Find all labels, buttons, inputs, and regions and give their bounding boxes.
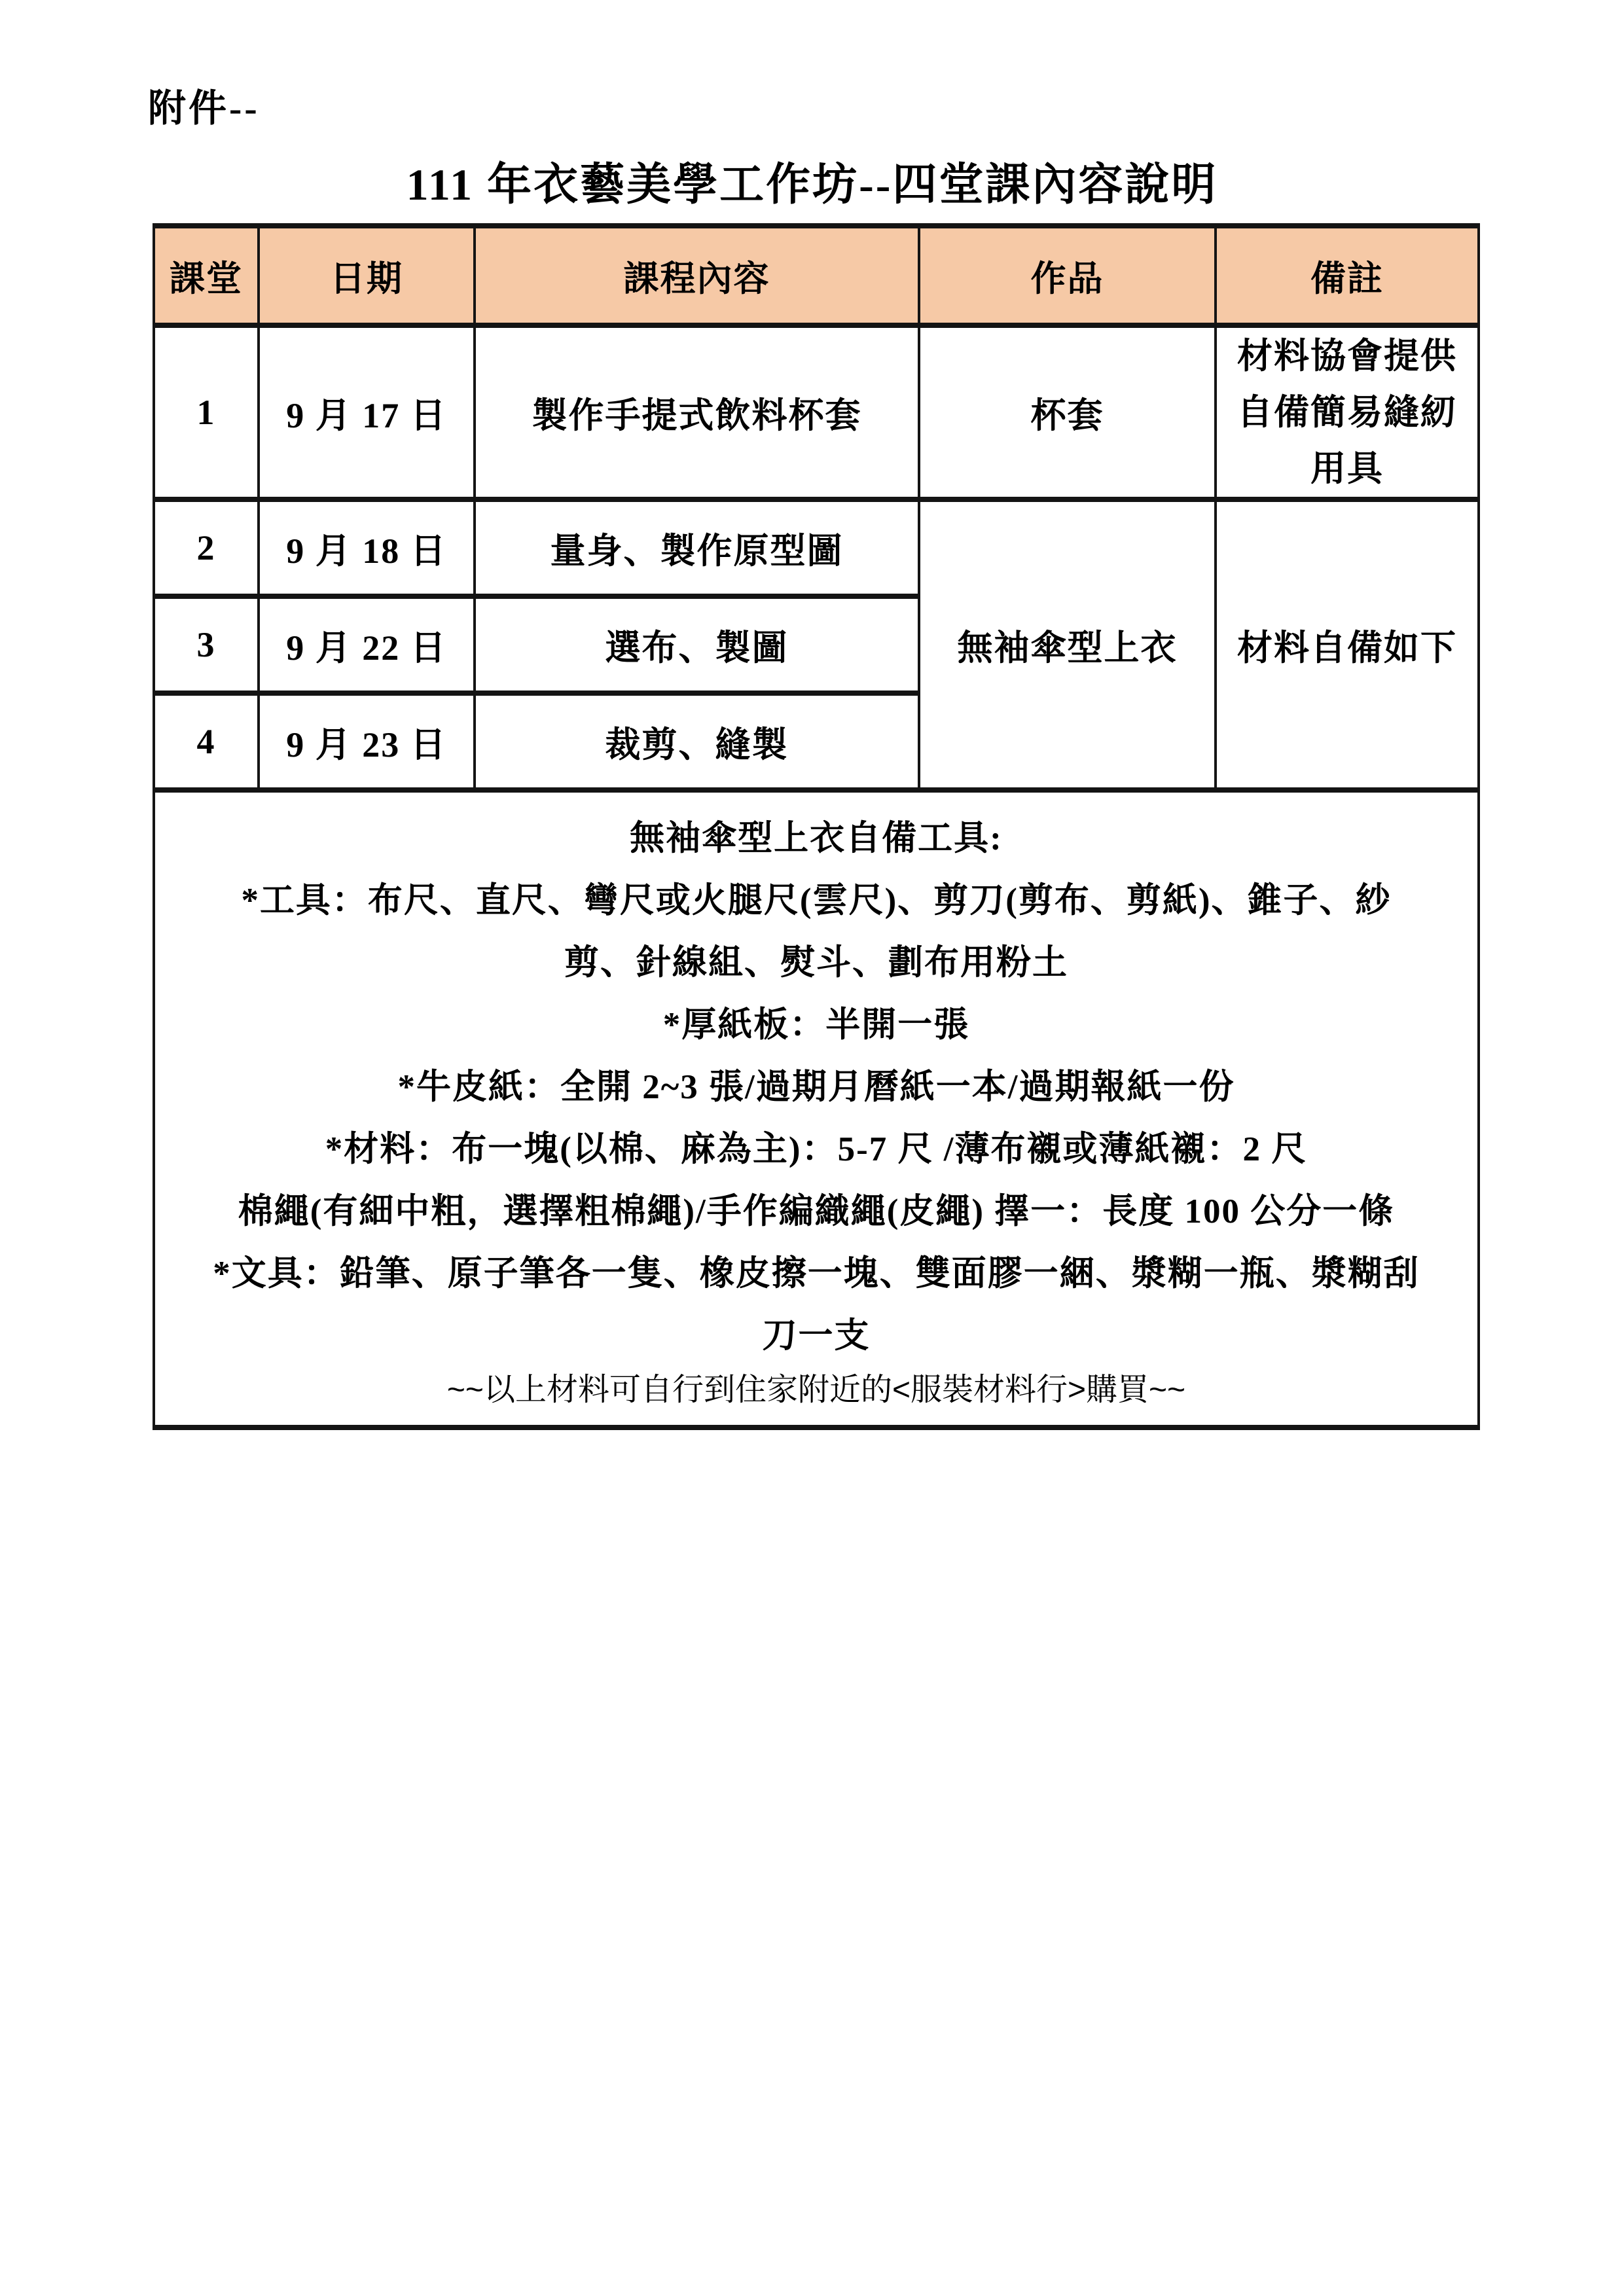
header-cell-note: 備註: [1216, 226, 1479, 325]
footer-note: ~~以上材料可自行到住家附近的<服裝材料行>購買~~: [155, 1370, 1477, 1410]
content-cell: 選布、製圖: [475, 596, 919, 693]
header-cell-date: 日期: [259, 226, 475, 325]
work-cell: 杯套: [919, 325, 1216, 499]
tools-line: *工具：布尺、直尺、彎尺或火腿尺(雲尺)、剪刀(剪布、剪紙)、錐子、紗: [155, 870, 1477, 932]
tools-row: 無袖傘型上衣自備工具: *工具：布尺、直尺、彎尺或火腿尺(雲尺)、剪刀(剪布、剪…: [154, 790, 1479, 1427]
date-cell: 9 月 17 日: [259, 325, 475, 499]
content-cell: 製作手提式飲料杯套: [475, 325, 919, 499]
tools-line: *厚紙板：半開一張: [155, 994, 1477, 1056]
header-cell-class: 課堂: [154, 226, 259, 325]
note-cell: 材料協會提供 自備簡易縫紉 用具: [1216, 325, 1479, 499]
schedule-table: 課堂 日期 課程內容 作品 備註 1 9 月 17 日 製作手提式飲料杯套 杯套…: [153, 223, 1480, 1430]
table-row: 2 9 月 18 日 量身、製作原型圖 無袖傘型上衣 材料自備如下: [154, 499, 1479, 596]
content-cell: 量身、製作原型圖: [475, 499, 919, 596]
header-cell-work: 作品: [919, 226, 1216, 325]
schedule-table-container: 課堂 日期 課程內容 作品 備註 1 9 月 17 日 製作手提式飲料杯套 杯套…: [153, 223, 1480, 1430]
document-page: 附件-- 111 年衣藝美學工作坊--四堂課內容說明 課堂 日期 課程內容 作品…: [0, 0, 1624, 2296]
class-number-cell: 1: [154, 325, 259, 499]
merged-note-cell: 材料自備如下: [1216, 499, 1479, 790]
tools-line: 無袖傘型上衣自備工具:: [155, 808, 1477, 870]
date-cell: 9 月 23 日: [259, 693, 475, 790]
tools-line: *牛皮紙：全開 2~3 張/過期月曆紙一本/過期報紙一份: [155, 1056, 1477, 1119]
tools-section: 無袖傘型上衣自備工具: *工具：布尺、直尺、彎尺或火腿尺(雲尺)、剪刀(剪布、剪…: [154, 790, 1479, 1427]
content-cell: 裁剪、縫製: [475, 693, 919, 790]
merged-work-cell: 無袖傘型上衣: [919, 499, 1216, 790]
class-number-cell: 4: [154, 693, 259, 790]
tools-line: 刀一支: [155, 1305, 1477, 1367]
page-title: 111 年衣藝美學工作坊--四堂課內容說明: [0, 149, 1624, 213]
header-cell-content: 課程內容: [475, 226, 919, 325]
class-number-cell: 3: [154, 596, 259, 693]
tools-line: 剪、針線組、熨斗、劃布用粉土: [155, 932, 1477, 994]
tools-line: 棉繩(有細中粗，選擇粗棉繩)/手作編織繩(皮繩) 擇一：長度 100 公分一條: [155, 1181, 1477, 1243]
table-row: 1 9 月 17 日 製作手提式飲料杯套 杯套 材料協會提供 自備簡易縫紉 用具: [154, 325, 1479, 499]
attachment-label: 附件--: [148, 77, 260, 132]
class-number-cell: 2: [154, 499, 259, 596]
header-row: 課堂 日期 課程內容 作品 備註: [154, 226, 1479, 325]
date-cell: 9 月 22 日: [259, 596, 475, 693]
date-cell: 9 月 18 日: [259, 499, 475, 596]
tools-line: *文具：鉛筆、原子筆各一隻、橡皮擦一塊、雙面膠一綑、漿糊一瓶、漿糊刮: [155, 1243, 1477, 1305]
tools-line: *材料：布一塊(以棉、麻為主)：5-7 尺 /薄布襯或薄紙襯：2 尺: [155, 1119, 1477, 1181]
